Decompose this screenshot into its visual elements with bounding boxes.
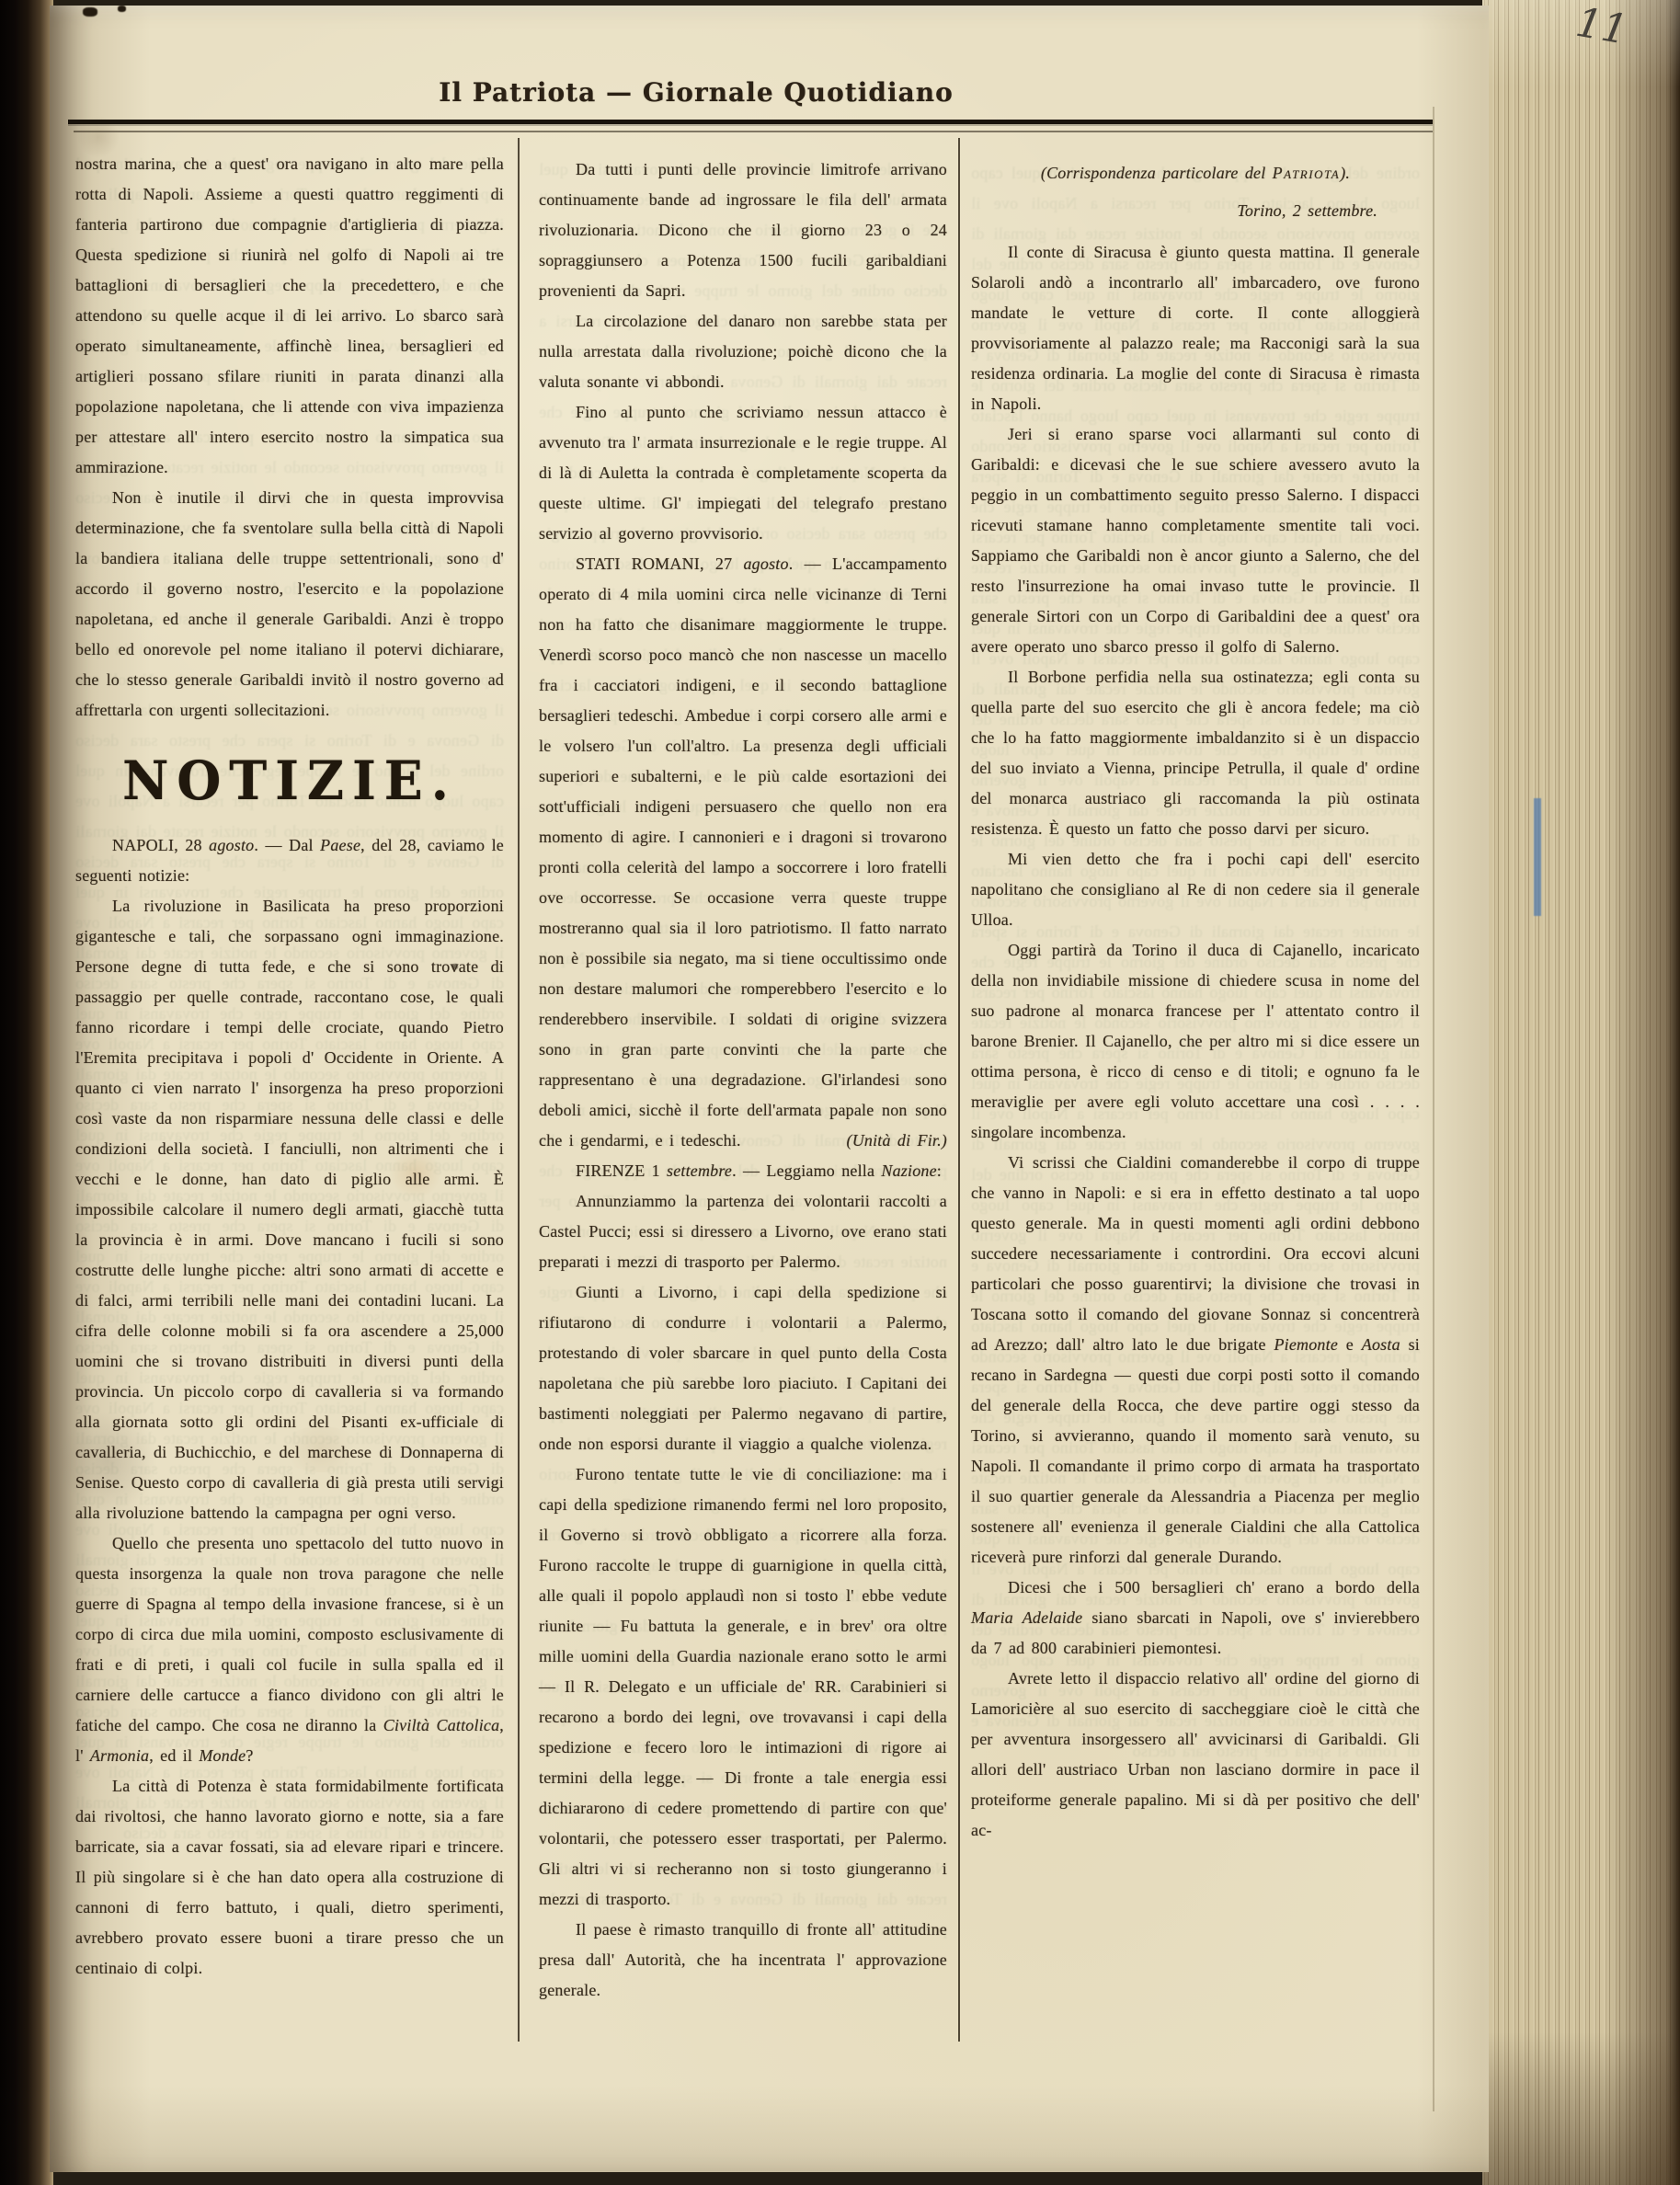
section-heading: NOTIZIE. bbox=[75, 752, 504, 810]
blue-cover-edge bbox=[1534, 798, 1541, 916]
news-paragraph: La città di Potenza è stata formidabilme… bbox=[75, 1771, 504, 1984]
text-segment: . — Dal bbox=[254, 836, 320, 854]
text-segment: Giunti a Livorno, i capi della spedizion… bbox=[539, 1283, 947, 1453]
news-paragraph: Il paese è rimasto tranquillo di fronte … bbox=[539, 1915, 947, 2006]
text-segment: Civiltà Cattolica bbox=[383, 1716, 500, 1734]
text-segment: Fino al punto che scriviamo nessun attac… bbox=[539, 403, 947, 543]
text-segment: Furono tentate tutte le vie di conciliaz… bbox=[539, 1465, 947, 1908]
news-column-middle: ordine del giorno le truppe regie che tr… bbox=[539, 154, 947, 2006]
text-segment: Torino, 2 settembre. bbox=[1237, 201, 1377, 220]
correspondence-heading: (Corrispondenza particolare del Patriota… bbox=[971, 158, 1420, 189]
text-segment: agosto bbox=[209, 836, 254, 854]
text-segment: Armonia bbox=[90, 1746, 149, 1765]
news-paragraph: Jeri si erano sparse voci allarmanti sul… bbox=[971, 419, 1420, 662]
text-segment: NAPOLI, 28 bbox=[112, 836, 209, 854]
text-segment: . — L'accampamento operato di 4 mila uom… bbox=[539, 555, 947, 1150]
text-segment: Jeri si erano sparse voci allarmanti sul… bbox=[971, 425, 1420, 656]
column-divider-rule bbox=[958, 138, 960, 2042]
text-segment: Annunziammo la partenza dei volontarii r… bbox=[539, 1192, 947, 1271]
text-segment: Oggi partirà da Torino il duca di Cajane… bbox=[971, 941, 1420, 1141]
text-segment: Mi vien detto che fra i pochi capi dell'… bbox=[971, 850, 1420, 929]
news-paragraph: Da tutti i punti delle provincie limitro… bbox=[539, 154, 947, 306]
newspaper-page: Il Patriota — Giornale Quotidiano ordine… bbox=[50, 6, 1489, 2172]
news-paragraph: Mi vien detto che fra i pochi capi dell'… bbox=[971, 844, 1420, 935]
text-segment: e bbox=[1338, 1335, 1362, 1354]
news-paragraph: STATI ROMANI, 27 agosto. — L'accampament… bbox=[539, 549, 947, 1156]
masthead-rule-thin bbox=[74, 131, 1433, 132]
text-segment: agosto bbox=[743, 555, 788, 573]
page-stack-fore-edge bbox=[1482, 0, 1680, 2185]
news-column-right: ordine del giorno le truppe regie che tr… bbox=[971, 158, 1420, 1846]
text-segment: Aosta bbox=[1362, 1335, 1400, 1354]
text-segment: Il paese è rimasto tranquillo di fronte … bbox=[539, 1920, 947, 1999]
news-paragraph: Il Borbone perfidia nella sua ostinatezz… bbox=[971, 662, 1420, 844]
source-attribution: (Unità di Fir.) bbox=[810, 1126, 948, 1156]
text-segment: (Corrispondenza particolare del bbox=[1041, 164, 1273, 182]
text-segment: Piemonte bbox=[1274, 1335, 1338, 1354]
news-paragraph: Furono tentate tutte le vie di conciliaz… bbox=[539, 1459, 947, 1915]
text-segment: Patriota bbox=[1273, 164, 1341, 182]
text-segment: La circolazione del danaro non sarebbe s… bbox=[539, 312, 947, 391]
news-paragraph: nostra marina, che a quest' ora navigano… bbox=[75, 149, 504, 483]
news-paragraph: Dicesi che i 500 bersaglieri ch' erano a… bbox=[971, 1573, 1420, 1664]
news-paragraph: Quello che presenta uno spettacolo del t… bbox=[75, 1528, 504, 1771]
text-segment: settembre bbox=[667, 1161, 732, 1180]
text-segment: : bbox=[937, 1161, 942, 1180]
news-paragraph: Giunti a Livorno, i capi della spedizion… bbox=[539, 1277, 947, 1459]
masthead-title: Il Patriota — Giornale Quotidiano bbox=[50, 77, 1372, 108]
text-segment: . — Leggiamo nella bbox=[732, 1161, 881, 1180]
text-segment: NOTIZIE. bbox=[122, 749, 457, 811]
text-segment: FIRENZE 1 bbox=[576, 1161, 667, 1180]
news-paragraph: FIRENZE 1 settembre. — Leggiamo nella Na… bbox=[539, 1156, 947, 1186]
text-segment: si recano in Sardegna — questi due corpi… bbox=[971, 1335, 1420, 1566]
news-paragraph: Oggi partirà da Torino il duca di Cajane… bbox=[971, 935, 1420, 1148]
text-segment: La città di Potenza è stata formidabilme… bbox=[75, 1777, 504, 1977]
text-segment: Maria Adelaide bbox=[971, 1608, 1082, 1627]
news-paragraph: Fino al punto che scriviamo nessun attac… bbox=[539, 397, 947, 549]
ink-speck bbox=[83, 7, 97, 17]
news-paragraph: NAPOLI, 28 agosto. — Dal Paese, del 28, … bbox=[75, 830, 504, 891]
column-divider-rule bbox=[518, 138, 520, 2042]
text-segment: ). bbox=[1340, 164, 1350, 182]
book-binding bbox=[0, 0, 53, 2185]
text-segment: Avrete letto il dispaccio relativo all' … bbox=[971, 1669, 1420, 1839]
text-segment: STATI ROMANI, 27 bbox=[576, 555, 743, 573]
text-segment: Paese bbox=[320, 836, 360, 854]
text-segment: Da tutti i punti delle provincie limitro… bbox=[539, 160, 947, 300]
news-column-left: ordine del giorno le truppe regie che tr… bbox=[75, 149, 504, 1984]
text-segment: Quello che presenta uno spettacolo del t… bbox=[75, 1534, 504, 1734]
text-segment: Il Borbone perfidia nella sua ostinatezz… bbox=[971, 668, 1420, 838]
news-paragraph: Vi scrissi che Cialdini comanderebbe il … bbox=[971, 1148, 1420, 1573]
book-scan-scene: 11 a o e i l o Il Patriota — Giornale Qu… bbox=[0, 0, 1680, 2185]
text-segment: Vi scrissi che Cialdini comanderebbe il … bbox=[971, 1153, 1420, 1354]
text-segment: , ed il bbox=[149, 1746, 199, 1765]
text-segment: nostra marina, che a quest' ora navigano… bbox=[75, 154, 504, 476]
news-paragraph: Avrete letto il dispaccio relativo all' … bbox=[971, 1664, 1420, 1846]
ink-speck bbox=[118, 6, 126, 12]
masthead-rule-thick bbox=[68, 120, 1433, 124]
news-paragraph: Annunziammo la partenza dei volontarii r… bbox=[539, 1186, 947, 1277]
news-paragraph: La rivoluzione in Basilicata ha preso pr… bbox=[75, 891, 504, 1528]
text-segment: Dicesi che i 500 bersaglieri ch' erano a… bbox=[1008, 1578, 1420, 1596]
text-segment: La rivoluzione in Basilicata ha preso pr… bbox=[75, 897, 504, 1522]
text-segment: Non è inutile il dirvi che in questa imp… bbox=[75, 488, 504, 719]
dateline: Torino, 2 settembre. bbox=[971, 196, 1420, 226]
text-segment: Monde bbox=[199, 1746, 246, 1765]
news-paragraph: Non è inutile il dirvi che in questa imp… bbox=[75, 483, 504, 726]
text-segment: Il conte di Siracusa è giunto questa mat… bbox=[971, 243, 1420, 413]
sheet-edge-shadow-line bbox=[1433, 107, 1434, 2111]
text-segment: Nazione bbox=[881, 1161, 936, 1180]
news-paragraph: La circolazione del danaro non sarebbe s… bbox=[539, 306, 947, 397]
text-segment: ? bbox=[246, 1746, 253, 1765]
news-paragraph: Il conte di Siracusa è giunto questa mat… bbox=[971, 237, 1420, 419]
